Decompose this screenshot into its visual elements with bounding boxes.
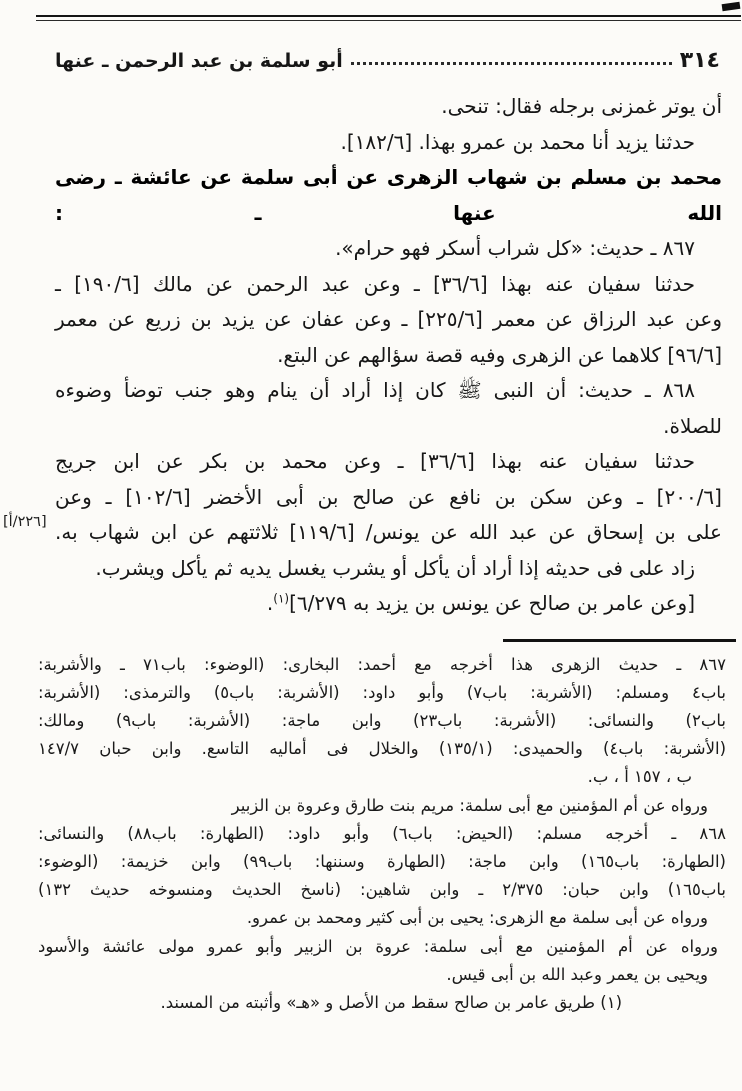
- running-title: أبو سلمة بن عبد الرحمن ـ عنها: [55, 50, 343, 72]
- book-page-scan: ٣١٤ أبو سلمة بن عبد الرحمن ـ عنها أن يوت…: [0, 0, 742, 1091]
- body-line: حدثنا يزيد أنا محمد بن عمرو بهذا. [١٨٢/٦…: [55, 125, 722, 161]
- isnad-heading: محمد بن مسلم بن شهاب الزهرى عن أبى سلمة …: [55, 160, 722, 231]
- footnote-line: (الطهارة: باب١٦٥) وابن ماجة: (الطهارة وس…: [38, 848, 726, 876]
- footnote-line: ب ، ١٥٧ أ ، ب.: [38, 763, 726, 791]
- bracketed-addition: [وعن عامر بن صالح عن يونس بن يزيد به ٦/٢…: [289, 591, 695, 615]
- footnote-line: باب٤ ومسلم: (الأشربة: باب٧) وأبو داود: (…: [38, 679, 726, 707]
- footnote-line: ويحيى بن يعمر وعبد الله بن أبى قيس.: [38, 961, 726, 989]
- body-line: زاد على فى حديثه إذا أراد أن يأكل أو يشر…: [55, 551, 722, 587]
- body-line: حدثنا سفيان عنه بهذا [٣٦/٦] ـ وعن محمد ب…: [55, 444, 722, 480]
- editor-note-line: (١) طريق عامر بن صالح سقط من الأصل و «هـ…: [38, 989, 726, 1017]
- footnote-line: ٨٦٨ ـ أخرجه مسلم: (الحيض: باب٦) وأبو داو…: [38, 820, 726, 848]
- footnote-line: ورواه عن أم المؤمنين مع أبى سلمة: عروة ب…: [38, 933, 726, 961]
- footnote-line: ورواه عن أبى سلمة مع الزهرى: يحيى بن أبى…: [38, 904, 726, 932]
- body-line: وعن عبد الرزاق عن معمر [٢٢٥/٦] ـ وعن عفا…: [55, 302, 722, 338]
- scan-artifact-mark: [722, 2, 741, 11]
- body-line: على بن إسحاق عن عبد الله عن يونس/ [١١٩/٦…: [55, 515, 722, 551]
- footnote-line: (الأشربة: باب٤) والحميدى: (١٣٥/١) والخلا…: [38, 735, 726, 763]
- main-text-column: أن يوتر غمزنى برجله فقال: تنحى. حدثنا يز…: [55, 89, 722, 622]
- footnote-line: ورواه عن أم المؤمنين مع أبى سلمة: مريم ب…: [38, 792, 726, 820]
- header-dotted-rule: [351, 62, 672, 65]
- body-line: حدثنا سفيان عنه بهذا [٣٦/٦] ـ وعن عبد ال…: [55, 267, 722, 303]
- footnote-line: باب١٦٥) وابن حبان: ٢/٣٧٥ ـ وابن شاهين: (…: [38, 876, 726, 904]
- hadith-868-matn: ٨٦٨ ـ حديث: أن النبى ﷺ كان إذا أراد أن ي…: [55, 373, 722, 409]
- folio-margin-note: [٢٢٦/أ]: [3, 514, 47, 530]
- body-line: [٩٦/٦] كلاهما عن الزهرى وفيه قصة سؤالهم …: [55, 338, 722, 374]
- running-header: ٣١٤ أبو سلمة بن عبد الرحمن ـ عنها: [55, 48, 720, 73]
- body-line: للصلاة.: [55, 409, 722, 445]
- hadith-867-matn: ٨٦٧ ـ حديث: «كل شراب أسكر فهو حرام».: [55, 231, 722, 267]
- body-line: أن يوتر غمزنى برجله فقال: تنحى.: [55, 89, 722, 125]
- body-line-bracketed: [وعن عامر بن صالح عن يونس بن يزيد به ٦/٢…: [55, 586, 722, 622]
- body-line: [٢٠٠/٦] ـ وعن سكن بن نافع عن صالح بن أبى…: [55, 480, 722, 516]
- footnote-ref-marker: (١): [273, 591, 289, 605]
- footnote-line: باب٢) والنسائى: (الأشربة: باب٢٣) وابن ما…: [38, 707, 726, 735]
- page-number: ٣١٤: [680, 48, 720, 73]
- top-double-rule: [36, 15, 741, 21]
- footnote-block: ٨٦٧ ـ حديث الزهرى هذا أخرجه مع أحمد: الب…: [38, 651, 726, 1018]
- footnote-line: ٨٦٧ ـ حديث الزهرى هذا أخرجه مع أحمد: الب…: [38, 651, 726, 679]
- footnote-separator-rule: [503, 639, 736, 642]
